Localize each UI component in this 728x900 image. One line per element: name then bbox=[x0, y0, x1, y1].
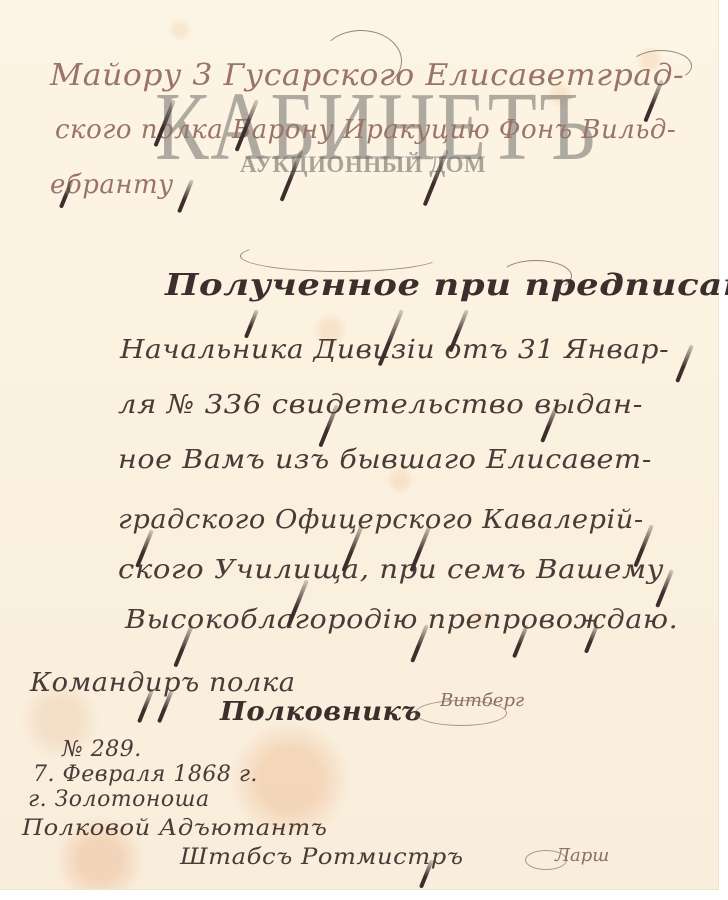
body-line-3: ля № 336 свидетельство выдан- bbox=[118, 390, 643, 420]
body-line-5: градского Офицерского Кавалерій- bbox=[118, 505, 644, 535]
registry-place: г. Золотоноша bbox=[28, 787, 210, 812]
address-line-2: ского полка Барону Иракуцию Фонъ Вильд- bbox=[55, 115, 676, 145]
commander-title: Командиръ полка bbox=[30, 668, 296, 698]
registry-number: № 289. bbox=[62, 737, 142, 762]
body-line-2: Начальника Дивизіи отъ 31 Январ- bbox=[120, 335, 669, 365]
body-line-4: ное Вамъ изъ бывшаго Елисавет- bbox=[118, 445, 652, 475]
flourish bbox=[240, 240, 442, 272]
commander-signature: Витберг bbox=[440, 690, 524, 711]
adjutant-signature: Ларш bbox=[555, 845, 609, 866]
flourish bbox=[500, 260, 572, 292]
adjutant-rank: Штабсъ Ротмистръ bbox=[180, 845, 464, 870]
flourish bbox=[320, 30, 402, 92]
pen-stroke bbox=[675, 344, 694, 383]
watermark-sub: АУКЦИОННЫЙ ДОМ bbox=[240, 152, 486, 178]
body-line-6: ского Училища, при семъ Вашему bbox=[118, 555, 664, 585]
body-line-1: Полученное при предписаніи bbox=[165, 268, 728, 303]
flourish bbox=[630, 50, 692, 82]
registry-date: 7. Февраля 1868 г. bbox=[33, 762, 258, 787]
adjutant-title: Полковой Адъютантъ bbox=[22, 816, 327, 841]
document-paper: КАБИНЕТЪ АУКЦИОННЫЙ ДОМ Майору 3 Гусарск… bbox=[0, 0, 719, 890]
pen-stroke bbox=[177, 179, 194, 213]
commander-rank: Полковникъ bbox=[220, 697, 422, 727]
